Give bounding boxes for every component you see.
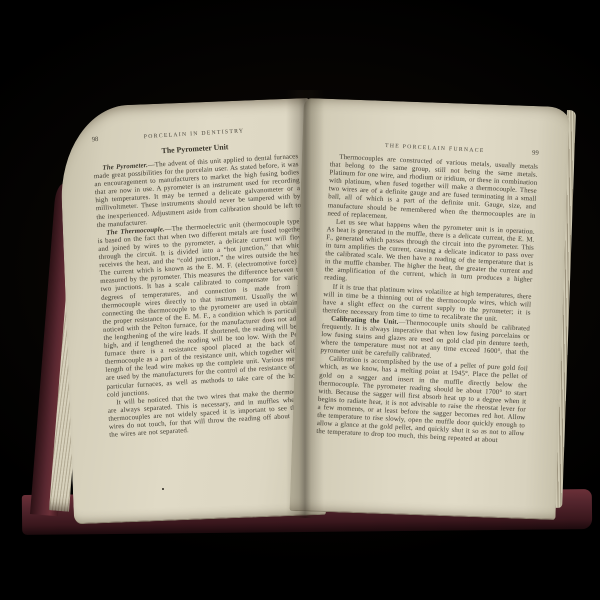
paragraph: Calibration is accomplished by the use o…: [316, 355, 528, 446]
paragraph-text: Thermocouples are constructed of various…: [327, 154, 538, 220]
right-running-head: THE PORCELAIN FURNACE: [353, 141, 517, 155]
paragraph-text: —The thermoelectric unit (thermocouple t…: [98, 218, 312, 399]
paragraph-text: Calibration is accomplished by the use o…: [316, 356, 528, 444]
right-header-spacer: [331, 144, 353, 145]
left-header-spacer: [275, 129, 297, 130]
paragraph: The Thermocouple.—The thermoelectric uni…: [97, 218, 312, 400]
paragraph-text: Let us see what happens when the pyromet…: [324, 218, 535, 284]
left-page-number: 98: [92, 135, 114, 143]
left-page: 98 PORCELAIN IN DENTISTRY The Pyrometer …: [58, 98, 326, 524]
right-page-number: 99: [517, 149, 539, 157]
paragraph-text: —Thermocouple units should be calibrated…: [320, 319, 530, 360]
right-page-content: THE PORCELAIN FURNACE 99 Thermocouples a…: [286, 96, 573, 521]
left-running-head: PORCELAIN IN DENTISTRY: [114, 126, 275, 142]
right-page: THE PORCELAIN FURNACE 99 Thermocouples a…: [290, 98, 570, 520]
paragraph: Let us see what happens when the pyromet…: [324, 218, 535, 293]
ink-speck: [162, 488, 164, 490]
open-book-photo: 98 PORCELAIN IN DENTISTRY The Pyrometer …: [0, 0, 600, 600]
paragraph: The Pyrometer.—The advent of this unit a…: [93, 153, 301, 230]
paragraph: Thermocouples are constructed of various…: [327, 153, 538, 228]
